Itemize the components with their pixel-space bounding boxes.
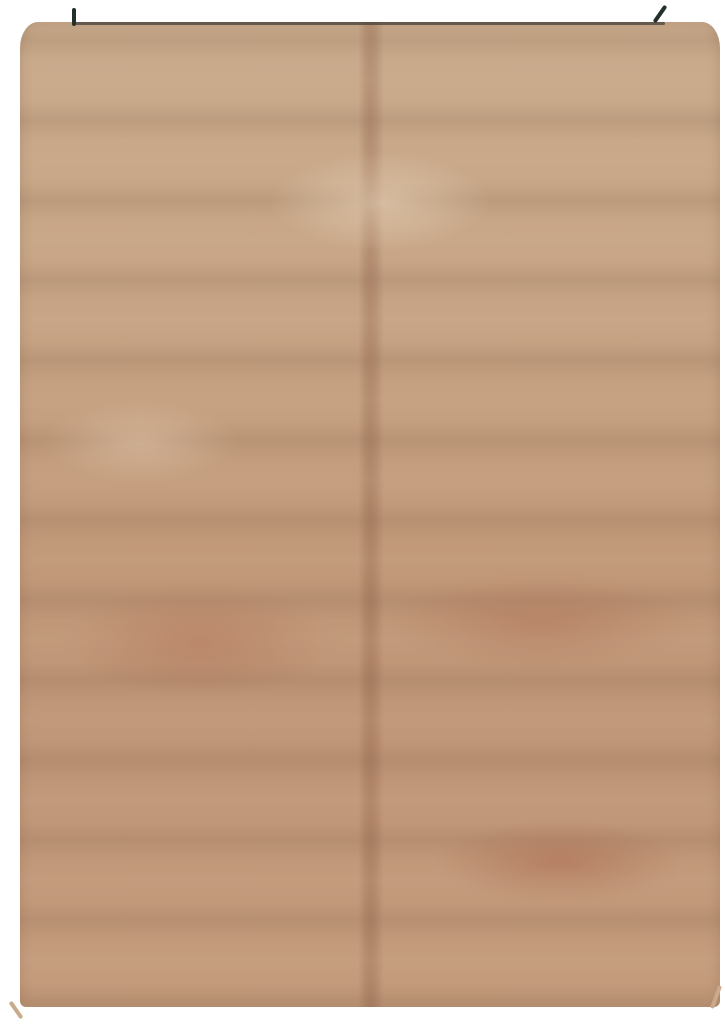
shag-rug (20, 22, 720, 1007)
top-left-tassel (72, 8, 76, 26)
top-right-tassel (653, 5, 668, 24)
rug-top-binding (75, 22, 665, 25)
photo-scene: Shaggy Moroccan-style pile rug (0, 0, 725, 1024)
